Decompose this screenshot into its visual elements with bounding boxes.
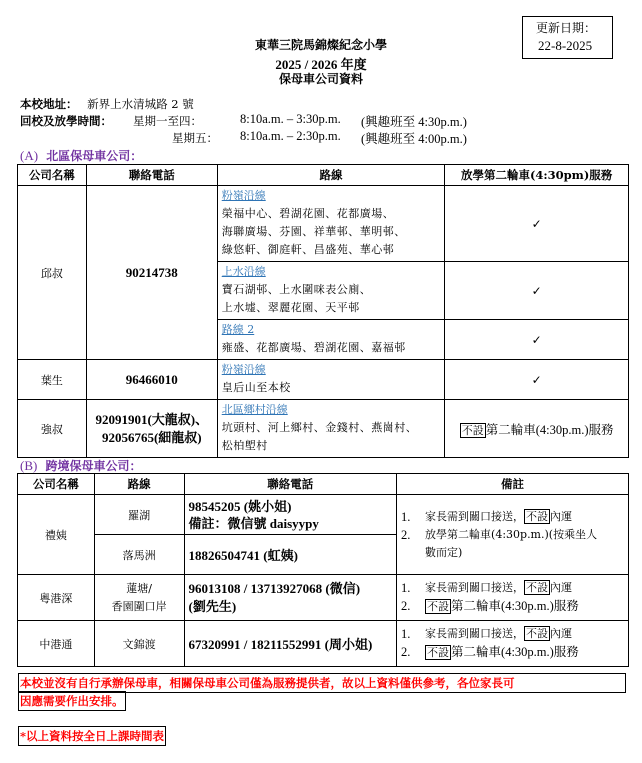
table-row: 強叔 92091901(大龍叔)、 92056765(細龍叔) 北區鄉村沿線 坑… [18, 400, 629, 458]
not-provided-badge: 不設 [425, 599, 451, 614]
hours-note-fri: (興趣班至 4:00p.m.) [361, 129, 467, 147]
company-name: 中港通 [18, 621, 95, 667]
table-row: 葉生 96466010 粉嶺沿線 皇后山至本校 ✓ [18, 360, 629, 400]
check-icon: ✓ [445, 360, 629, 400]
header-phone: 聯絡電話 [184, 474, 397, 495]
hours-days-mon-thu: 星期一至四： [133, 113, 202, 129]
company-phone: 96013108 / 13713927068 (微信) (劉先生) [184, 575, 397, 621]
route-cell: 上水沿線 寶石湖邨、上水圍咪表公廁、 上水墟、翠麗花園、天平邨 [217, 262, 445, 320]
notes-cell: 1.家長需到關口接送，不設內運 2.不設第二輪車(4:30p.m.)服務 [397, 621, 629, 667]
check-icon: ✓ [445, 186, 629, 262]
company-phone: 18826504741 (虹姨) [184, 535, 397, 575]
table-row: 粵港深 蓮塘/ 香園圍口岸 96013108 / 13713927068 (微信… [18, 575, 629, 621]
route-link[interactable]: 北區鄉村沿線 [222, 403, 288, 416]
school-name: 東華三院馬錦燦紀念小學 [0, 36, 642, 53]
table-header-row: 公司名稱 聯絡電話 路線 放學第二輪車(4:30pm)服務 [18, 165, 629, 186]
section-b-heading: (B) 跨境保母車公司： [20, 457, 142, 474]
table-row: 中港通 文錦渡 67320991 / 18211552991 (周小姐) 1.家… [18, 621, 629, 667]
service-note: 不設第二輪車(4:30p.m.)服務 [445, 400, 629, 458]
route-cell: 粉嶺沿線 皇后山至本校 [217, 360, 445, 400]
timetable-footnote: *以上資料按全日上課時間表 [18, 726, 166, 746]
company-phone: 96466010 [86, 360, 217, 400]
route-name: 蓮塘/ 香園圍口岸 [94, 575, 184, 621]
route-name: 文錦渡 [94, 621, 184, 667]
check-icon: ✓ [445, 262, 629, 320]
table-header-row: 公司名稱 路線 聯絡電話 備註 [18, 474, 629, 495]
company-name: 禮姨 [18, 495, 95, 575]
not-provided-badge: 不設 [524, 509, 550, 524]
not-provided-badge: 不設 [524, 626, 550, 641]
header-route: 路線 [94, 474, 184, 495]
check-icon: ✓ [445, 320, 629, 360]
update-date-label: 更新日期： [523, 20, 612, 37]
address-label: 本校地址： [20, 97, 78, 111]
company-phone: 90214738 [86, 186, 217, 360]
company-phone: 67320991 / 18211552991 (周小姐) [184, 621, 397, 667]
hours-time-mon-thu: 8:10a.m. – 3:30p.m. [240, 112, 341, 127]
cross-border-table: 公司名稱 路線 聯絡電話 備註 禮姨 羅湖 98545205 (姚小姐) 備註：… [17, 473, 629, 667]
table-row: 邱叔 90214738 粉嶺沿線 榮福中心、碧湖花園、花都廣場、 海聯廣場、芬園… [18, 186, 629, 262]
company-phone: 98545205 (姚小姐) 備註：微信號 daisyypy [184, 495, 397, 535]
not-provided-badge: 不設 [524, 580, 550, 595]
header-company: 公司名稱 [18, 165, 87, 186]
header-route: 路線 [217, 165, 445, 186]
route-link[interactable]: 路線 2 [222, 323, 255, 336]
table-row: 禮姨 羅湖 98545205 (姚小姐) 備註：微信號 daisyypy 1.家… [18, 495, 629, 535]
disclaimer-line-1: 本校並沒有自行承辦保母車，相關保母車公司僅為服務提供者，故以上資料僅供參考，各位… [18, 673, 626, 693]
hours-note-mon-thu: (興趣班至 4:30p.m.) [361, 112, 467, 130]
hours-days-fri: 星期五： [172, 130, 218, 146]
company-name: 葉生 [18, 360, 87, 400]
route-link[interactable]: 上水沿線 [222, 265, 266, 278]
north-district-table: 公司名稱 聯絡電話 路線 放學第二輪車(4:30pm)服務 邱叔 9021473… [17, 164, 629, 458]
header-company: 公司名稱 [18, 474, 95, 495]
route-name: 羅湖 [94, 495, 184, 535]
address-value: 新界上水清城路 2 號 [87, 97, 194, 111]
company-name: 粵港深 [18, 575, 95, 621]
company-name: 邱叔 [18, 186, 87, 360]
route-link[interactable]: 粉嶺沿線 [222, 363, 266, 376]
company-name: 強叔 [18, 400, 87, 458]
not-provided-badge: 不設 [425, 645, 451, 660]
route-cell: 粉嶺沿線 榮福中心、碧湖花園、花都廣場、 海聯廣場、芬園、祥華邨、華明邨、 綠悠… [217, 186, 445, 262]
route-name: 落馬洲 [94, 535, 184, 575]
disclaimer-line-2: 因應需要作出安排。 [18, 691, 126, 711]
route-cell: 路線 2 雍盛、花都廣場、碧湖花園、嘉福邨 [217, 320, 445, 360]
route-cell: 北區鄉村沿線 坑頭村、河上鄉村、金錢村、燕崗村、 松柏塱村 [217, 400, 445, 458]
header-phone: 聯絡電話 [86, 165, 217, 186]
route-link[interactable]: 粉嶺沿線 [222, 189, 266, 202]
hours-label: 回校及放學時間： [20, 113, 112, 129]
hours-time-fri: 8:10a.m. – 2:30p.m. [240, 129, 341, 144]
notes-cell: 1.家長需到關口接送，不設內運 2.放學第二輪車(4:30p.m.)(按乘坐人數… [397, 495, 629, 575]
not-provided-badge: 不設 [460, 423, 486, 438]
company-phone: 92091901(大龍叔)、 92056765(細龍叔) [86, 400, 217, 458]
page-title: 保母車公司資料 [0, 70, 642, 87]
header-second-round: 放學第二輪車(4:30pm)服務 [445, 165, 629, 186]
header-notes: 備註 [397, 474, 629, 495]
address-line: 本校地址： 新界上水清城路 2 號 [20, 96, 194, 112]
notes-cell: 1.家長需到關口接送，不設內運 2.不設第二輪車(4:30p.m.)服務 [397, 575, 629, 621]
section-a-heading: (A) 北區保母車公司： [20, 147, 142, 164]
